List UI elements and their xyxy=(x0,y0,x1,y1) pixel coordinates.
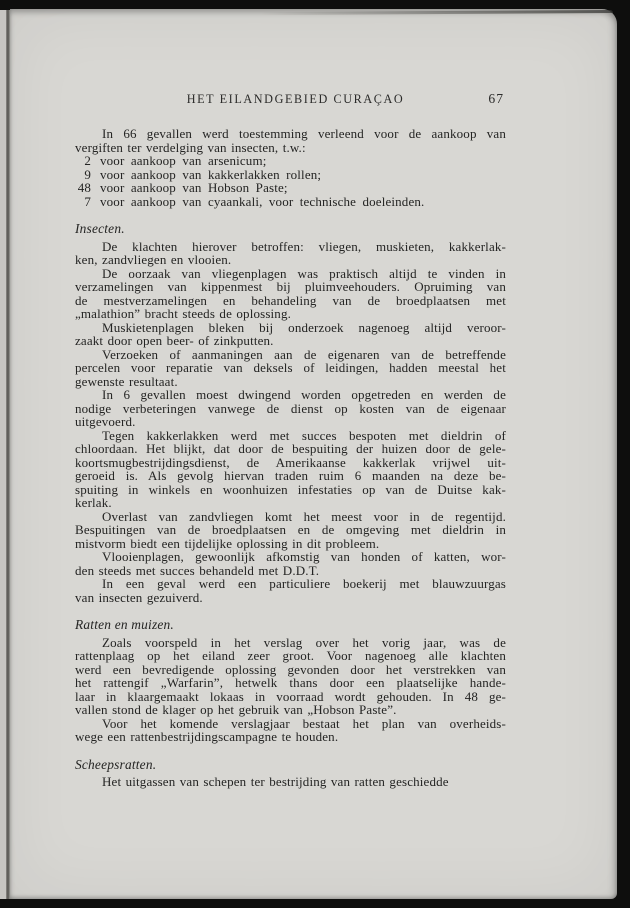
text-line: Muskietenplagen bleken bij onderzoek nag… xyxy=(75,321,506,335)
text-line: zaakt door open beer- of zinkputten. xyxy=(75,334,506,348)
list-item-number: 7 xyxy=(75,195,91,209)
text-line: Vlooienplagen, gewoonlijk afkomstig van … xyxy=(75,550,506,564)
text-line: De klachten hierover betroffen: vliegen,… xyxy=(75,240,506,254)
text-line: koortsmugbestrijdingsdienst, de Amerikaa… xyxy=(75,456,506,470)
list-item-text: voor aankoop van cyaankali, voor technis… xyxy=(100,195,424,209)
text-line: uitgevoerd. xyxy=(75,415,506,429)
text-line: Bespuitingen van de broedplaatsen en de … xyxy=(75,523,506,537)
text-line: den steeds met succes behandeld met D.D.… xyxy=(75,564,506,578)
list-item: 2voor aankoop van arsenicum; xyxy=(75,154,506,168)
page-number: 67 xyxy=(488,91,504,107)
running-header: HET EILANDGEBIED CURAÇAO 67 xyxy=(75,92,506,107)
text-line: spuiting in winkels en woonhuizen infest… xyxy=(75,483,506,497)
text-column: HET EILANDGEBIED CURAÇAO 67 In 66 gevall… xyxy=(75,92,506,789)
list-item: 7voor aankoop van cyaankali, voor techni… xyxy=(75,195,506,209)
list-item-text: voor aankoop van kakkerlakken rollen; xyxy=(100,168,321,182)
text-line: In een geval werd een particuliere boeke… xyxy=(75,577,506,591)
list-item-number: 9 xyxy=(75,168,91,182)
page-top-edge-shadow xyxy=(261,10,613,15)
text-line: van insecten gezuiverd. xyxy=(75,591,506,605)
section-heading: Insecten. xyxy=(75,222,506,236)
text-line: rattenplaag op het eiland zeer groot. Vo… xyxy=(75,649,506,663)
text-line: Verzoeken of aanmaningen aan de eigenare… xyxy=(75,348,506,362)
list-item-text: voor aankoop van Hobson Paste; xyxy=(100,181,288,195)
text-line: Overlast van zandvliegen komt het meest … xyxy=(75,510,506,524)
text-line: In 6 gevallen moest dwingend worden opge… xyxy=(75,388,506,402)
list-item: 48voor aankoop van Hobson Paste; xyxy=(75,181,506,195)
text-line: vergiften ter verdelging van insecten, t… xyxy=(75,141,506,155)
text-line: percelen voor reparatie van deksels of l… xyxy=(75,361,506,375)
text-line: De oorzaak van vliegenplagen was praktis… xyxy=(75,267,506,281)
text-line: nodige verbeteringen vanwege de dienst o… xyxy=(75,402,506,416)
text-line: Voor het komende verslagjaar bestaat het… xyxy=(75,717,506,731)
text-line: werd een bevredigende oplossing gevonden… xyxy=(75,663,506,677)
text-line: gewenste resultaat. xyxy=(75,375,506,389)
text-line: ken, zandvliegen en vlooien. xyxy=(75,253,506,267)
section-heading: Scheepsratten. xyxy=(75,758,506,772)
list-item: 9voor aankoop van kakkerlakken rollen; xyxy=(75,168,506,182)
text-line: „malathion” bracht steeds de oplossing. xyxy=(75,307,506,321)
list-item-number: 2 xyxy=(75,154,91,168)
text-line: chloordaan. Het blijkt, dat door de besp… xyxy=(75,442,506,456)
text-line: Tegen kakkerlakken werd met succes bespo… xyxy=(75,429,506,443)
text-line: Het uitgassen van schepen ter bestrijdin… xyxy=(75,775,506,789)
text-line: het rattengif „Warfarin”, hetwelk thans … xyxy=(75,676,506,690)
text-line: vallen stond de klager op het gebruik va… xyxy=(75,703,506,717)
text-line: geroeid is. Als gevolg hiervan traden ru… xyxy=(75,469,506,483)
text-line: laar in klaargemaakt lokaas in voorraad … xyxy=(75,690,506,704)
text-line: In 66 gevallen werd toestemming verleend… xyxy=(75,127,506,141)
text-line: kerlak. xyxy=(75,496,506,510)
running-header-title: HET EILANDGEBIED CURAÇAO xyxy=(187,92,405,107)
text-line: wege een rattenbestrijdingscampagne te h… xyxy=(75,730,506,744)
section-heading: Ratten en muizen. xyxy=(75,618,506,632)
text-blocks: In 66 gevallen werd toestemming verleend… xyxy=(75,127,506,789)
scanned-book-page: HET EILANDGEBIED CURAÇAO 67 In 66 gevall… xyxy=(10,9,617,899)
text-line: Zoals voorspeld in het verslag over het … xyxy=(75,636,506,650)
list-item-text: voor aankoop van arsenicum; xyxy=(100,154,266,168)
text-line: verzamelingen van kippenmest bij pluimve… xyxy=(75,280,506,294)
list-item-number: 48 xyxy=(75,181,91,195)
text-line: mistvorm biedt een tijdelijke oplossing … xyxy=(75,537,506,551)
text-line: de mestverzamelingen en behandeling van … xyxy=(75,294,506,308)
